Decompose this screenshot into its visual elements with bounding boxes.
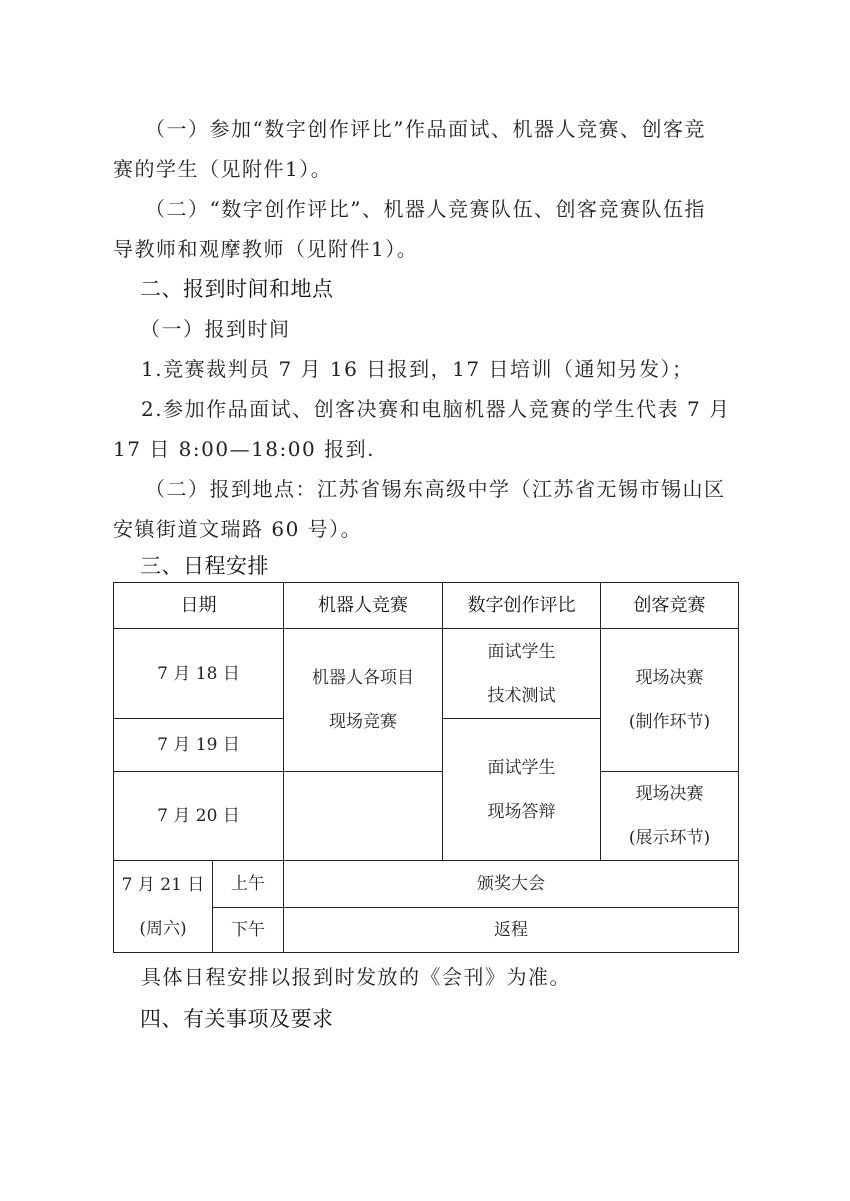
robot-cell: 机器人各项目 现场竞赛	[284, 629, 443, 772]
paragraph-2-line-1: （二）“数字创作评比”、机器人竞赛队伍、创客竞赛队伍指	[145, 195, 706, 223]
maker-cell-2: 现场决赛 (展示环节)	[601, 772, 739, 861]
pm-label: 下午	[213, 908, 284, 953]
paragraph-1-line-1: （一）参加“数字创作评比”作品面试、机器人竞赛、创客竞	[145, 115, 706, 143]
section-3-heading: 三、日程安排	[140, 552, 269, 580]
robot-line-1: 机器人各项目	[284, 656, 442, 700]
maker-2-line-1: 现场决赛	[601, 772, 738, 816]
section-2-heading: 二、报到时间和地点	[140, 275, 334, 303]
header-robot: 机器人竞赛	[284, 583, 443, 629]
schedule-table: 日期 机器人竞赛 数字创作评比 创客竞赛 7 月 18 日 机器人各项目 现场竞…	[113, 582, 739, 953]
schedule-note: 具体日程安排以报到时发放的《会刊》为准。	[141, 963, 571, 991]
robot-empty-cell	[284, 772, 443, 861]
header-digital: 数字创作评比	[443, 583, 601, 629]
digital-1-line-2: 技术测试	[443, 674, 600, 718]
maker-2-line-2: (展示环节)	[601, 816, 738, 860]
table-row: 7 月 20 日 现场决赛 (展示环节)	[114, 772, 739, 861]
pm-event: 返程	[284, 908, 739, 953]
paragraph-2-line-2: 导教师和观摩教师（见附件1）。	[113, 235, 418, 263]
section-2-sub-1: （一）报到时间	[140, 315, 291, 343]
digital-2-line-1: 面试学生	[443, 746, 600, 790]
section-4-heading: 四、有关事项及要求	[140, 1005, 334, 1033]
paragraph-1-line-2: 赛的学生（见附件1）。	[113, 155, 332, 183]
maker-1-line-1: 现场决赛	[601, 656, 738, 700]
section-2-item-2-line-2: 17 日 8:00—18:00 报到.	[113, 435, 375, 463]
last-day-cell: 7 月 21 日 (周六)	[114, 861, 213, 953]
table-header-row: 日期 机器人竞赛 数字创作评比 创客竞赛	[114, 583, 739, 629]
maker-cell-1: 现场决赛 (制作环节)	[601, 629, 739, 772]
digital-cell-2: 面试学生 现场答辩	[443, 719, 601, 861]
section-2-sub-2-line-1: （二）报到地点：江苏省锡东高级中学（江苏省无锡市锡山区	[145, 475, 726, 503]
am-event: 颁奖大会	[284, 861, 739, 908]
am-label: 上午	[213, 861, 284, 908]
digital-cell-1: 面试学生 技术测试	[443, 629, 601, 719]
last-day-line-2: (周六)	[114, 907, 212, 951]
section-2-item-2-line-1: 2.参加作品面试、创客决赛和电脑机器人竞赛的学生代表 7 月	[141, 395, 731, 423]
robot-line-2: 现场竞赛	[284, 700, 442, 744]
date-cell: 7 月 20 日	[114, 772, 284, 861]
last-day-line-1: 7 月 21 日	[114, 863, 212, 907]
maker-1-line-2: (制作环节)	[601, 700, 738, 744]
section-2-item-1: 1.竞赛裁判员 7 月 16 日报到，17 日培训（通知另发）；	[141, 355, 694, 383]
table-row: 7 月 21 日 (周六) 上午 颁奖大会	[114, 861, 739, 908]
digital-1-line-1: 面试学生	[443, 630, 600, 674]
table-row: 7 月 18 日 机器人各项目 现场竞赛 面试学生 技术测试 现场决赛 (制作环…	[114, 629, 739, 719]
header-maker: 创客竞赛	[601, 583, 739, 629]
header-date: 日期	[114, 583, 284, 629]
date-cell: 7 月 18 日	[114, 629, 284, 719]
date-cell: 7 月 19 日	[114, 719, 284, 772]
digital-2-line-2: 现场答辩	[443, 790, 600, 834]
section-2-sub-2-line-2: 安镇街道文瑞路 60 号）。	[113, 515, 362, 543]
